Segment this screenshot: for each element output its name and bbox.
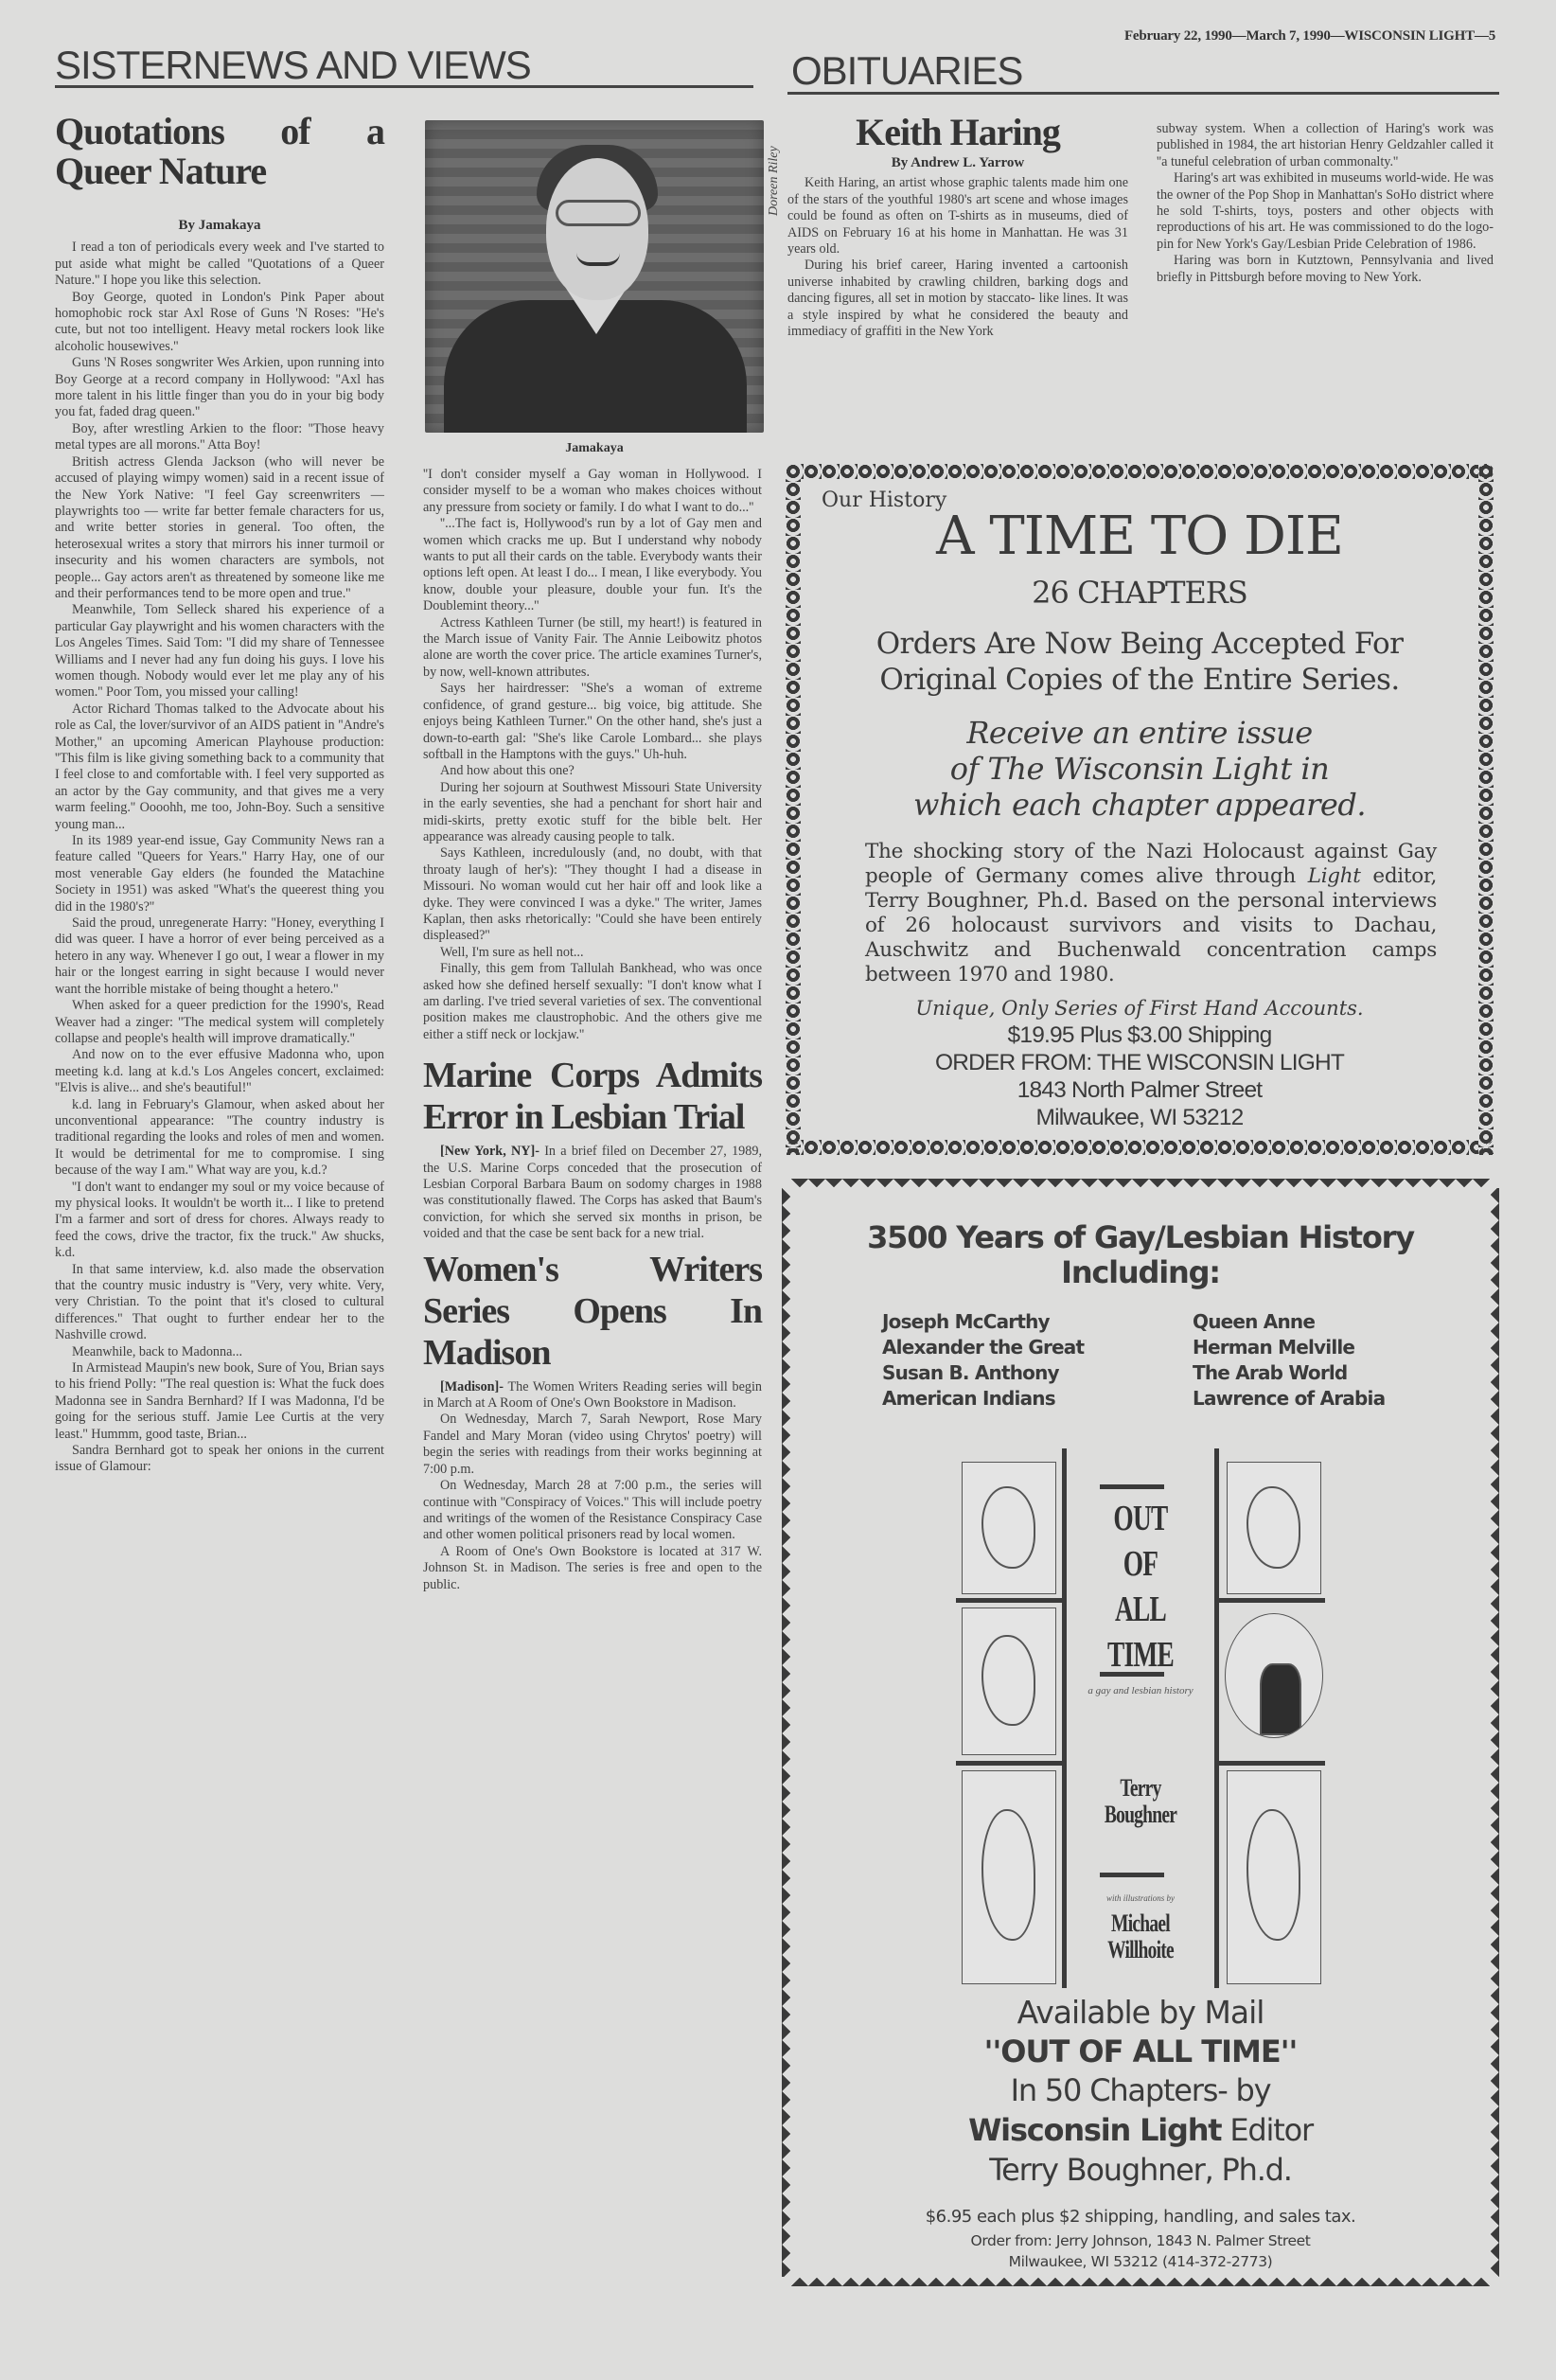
quotations-article-column-2: ''I don't consider myself a Gay woman in… [423, 467, 762, 1593]
chain-border-top [786, 464, 1494, 479]
quotations-headline: Quotations of a Queer Nature [55, 112, 384, 191]
chain-border-right [1478, 464, 1494, 1155]
ad-street: 1843 North Palmer Street [814, 1076, 1465, 1104]
ad-price: $19.95 Plus $3.00 Shipping [814, 1021, 1465, 1049]
ad-title: A TIME TO DIE [814, 510, 1465, 563]
section-rule-right [787, 92, 1499, 95]
ad-orders-line-1: Orders Are Now Being Accepted For [814, 626, 1465, 662]
section-header-obituaries: OBITUARIES [791, 51, 1022, 91]
illustration-woman-profile [962, 1462, 1056, 1594]
list-item: Alexander the Great [882, 1335, 1084, 1360]
haring-obituary-column-1: Keith Haring By Andrew L. Yarrow Keith H… [787, 112, 1128, 340]
paragraph: Haring was born in Kutztown, Pennsylvani… [1157, 253, 1494, 286]
writers-dateline: [Madison]- [440, 1379, 504, 1394]
paragraph: Boy, after wrestling Arkien to the floor… [55, 421, 384, 454]
photo-caption: Jamakaya [425, 441, 764, 456]
illustration-pilgrims [1225, 1613, 1323, 1738]
paragraph: ''...The fact is, Hollywood's run by a l… [423, 516, 762, 614]
ad-order-line-2: Milwaukee, WI 53212 (414-372-2773) [782, 2251, 1499, 2272]
out-of-all-time-advertisement: 3500 Years of Gay/Lesbian History Includ… [782, 1179, 1499, 2286]
newspaper-page: February 22, 1990—March 7, 1990—WISCONSI… [0, 0, 1556, 2380]
time-to-die-advertisement: Our History A TIME TO DIE 26 CHAPTERS Or… [786, 464, 1494, 1155]
ad-receive-line-1: Receive an entire issue [814, 715, 1465, 751]
book-cover-illustration: OUT OF ALL TIME a gay and lesbian histor… [956, 1448, 1325, 1988]
marine-corps-headline: Marine Corps Admits Error in Lesbian Tri… [423, 1055, 762, 1138]
photo-credit: Doreen Riley [767, 121, 782, 216]
paragraph: Keith Haring, an artist whose graphic ta… [787, 175, 1128, 258]
paragraph: Meanwhile, back to Madonna... [55, 1344, 384, 1360]
paragraph: Actor Richard Thomas talked to the Advoc… [55, 702, 384, 833]
ad-receive-line-3: which each chapter appeared. [814, 787, 1465, 823]
ad-available: Available by Mail [782, 1993, 1499, 2033]
paragraph: On Wednesday, March 7, Sarah Newport, Ro… [423, 1412, 762, 1478]
paragraph: A Room of One's Own Bookstore is located… [423, 1544, 762, 1593]
womens-writers-headline: Women's Writers Series Opens In Madison [423, 1249, 762, 1374]
quotations-article-column-1: Quotations of a Queer Nature By Jamakaya… [55, 112, 384, 1476]
list-item: Herman Melville [1193, 1335, 1385, 1360]
paragraph: Well, I'm sure as hell not... [423, 945, 762, 961]
haring-byline: By Andrew L. Yarrow [787, 155, 1128, 171]
cover-subtitle: a gay and lesbian history [1070, 1685, 1211, 1697]
paragraph: I read a ton of periodicals every week a… [55, 240, 384, 289]
chain-border-left [786, 464, 801, 1155]
paragraph: ''I don't want to endanger my soul or my… [55, 1180, 384, 1262]
haring-headline: Keith Haring [787, 112, 1128, 153]
paragraph: On Wednesday, March 28 at 7:00 p.m., the… [423, 1478, 762, 1544]
ad-receive-line-2: of The Wisconsin Light in [814, 751, 1465, 787]
paragraph: Haring's art was exhibited in museums wo… [1157, 170, 1494, 253]
paragraph: And how about this one? [423, 763, 762, 779]
paragraph: subway system. When a collection of Hari… [1157, 121, 1494, 170]
paragraph: When asked for a queer prediction for th… [55, 998, 384, 1047]
list-item: Queen Anne [1193, 1309, 1385, 1335]
cover-title: OUT OF ALL TIME [1089, 1496, 1192, 1678]
illustration-woman-wig [962, 1770, 1056, 1984]
paragraph: Meanwhile, Tom Selleck shared his experi… [55, 602, 384, 701]
illustration-egyptian-figures [1227, 1462, 1321, 1594]
page-folio: February 22, 1990—March 7, 1990—WISCONSI… [946, 28, 1495, 44]
ad-story: The shocking story of the Nazi Holocaust… [865, 840, 1437, 987]
list-item: Joseph McCarthy [882, 1309, 1084, 1335]
ad-orders-line-2: Original Copies of the Entire Series. [814, 662, 1465, 698]
marine-dateline: [New York, NY]- [440, 1144, 539, 1159]
paragraph: Boy George, quoted in London's Pink Pape… [55, 290, 384, 356]
ad-author: Terry Boughner, Ph.d. [782, 2150, 1499, 2190]
paragraph: Actress Kathleen Turner (be still, my he… [423, 615, 762, 682]
names-list-right: Queen Anne Herman Melville The Arab Worl… [1193, 1309, 1385, 1412]
paragraph: In Armistead Maupin's new book, Sure of … [55, 1360, 384, 1443]
section-header-sisternews: SISTERNEWS AND VIEWS [55, 45, 531, 85]
ad-price: $6.95 each plus $2 shipping, handling, a… [782, 2207, 1499, 2227]
section-rule-left [55, 85, 753, 88]
cover-illustrator: Michael Willhoite [1087, 1910, 1194, 1963]
ad-editor: Wisconsin Light Editor [782, 2110, 1499, 2150]
ad-book-title: ''OUT OF ALL TIME'' [782, 2033, 1499, 2070]
paragraph: Says her hairdresser: ''She's a woman of… [423, 681, 762, 763]
names-list-left: Joseph McCarthy Alexander the Great Susa… [882, 1309, 1084, 1412]
paragraph: British actress Glenda Jackson (who will… [55, 454, 384, 603]
cover-with-illustrations: with illustrations by [1070, 1893, 1211, 1903]
paragraph: k.d. lang in February's Glamour, when as… [55, 1097, 384, 1180]
paragraph: During her sojourn at Southwest Missouri… [423, 780, 762, 846]
list-item: Susan B. Anthony [882, 1360, 1084, 1386]
paragraph: Sandra Bernhard got to speak her onions … [55, 1443, 384, 1476]
ad-title-line-1: 3500 Years of Gay/Lesbian History [782, 1220, 1499, 1255]
ad-title-line-2: Including: [782, 1255, 1499, 1290]
paragraph: Said the proud, unregenerate Harry: ''Ho… [55, 915, 384, 998]
zigzag-border-top [791, 1179, 1490, 1196]
quotations-byline: By Jamakaya [55, 218, 384, 234]
paragraph: In its 1989 year-end issue, Gay Communit… [55, 833, 384, 915]
paragraph: Says Kathleen, incredulously (and, no do… [423, 845, 762, 944]
paragraph: Finally, this gem from Tallulah Bankhead… [423, 961, 762, 1043]
ad-chapters: 26 CHAPTERS [814, 575, 1465, 611]
illustration-bearded-man [1227, 1770, 1321, 1984]
ad-city: Milwaukee, WI 53212 [814, 1104, 1465, 1131]
ad-chapters: In 50 Chapters- by [782, 2070, 1499, 2110]
cover-author: Terry Boughner [1087, 1775, 1194, 1828]
list-item: Lawrence of Arabia [1193, 1386, 1385, 1412]
chain-border-bottom [786, 1140, 1494, 1155]
ad-mail-order-block: Available by Mail ''OUT OF ALL TIME'' In… [782, 1993, 1499, 2272]
paragraph: Guns 'N Roses songwriter Wes Arkien, upo… [55, 355, 384, 421]
list-item: The Arab World [1193, 1360, 1385, 1386]
haring-obituary-column-2: subway system. When a collection of Hari… [1157, 121, 1494, 286]
illustration-woman-hat [962, 1607, 1056, 1755]
ad-order-line-1: Order from: Jerry Johnson, 1843 N. Palme… [782, 2230, 1499, 2251]
ad-order-from: ORDER FROM: THE WISCONSIN LIGHT [814, 1049, 1465, 1076]
paragraph: During his brief career, Haring invented… [787, 258, 1128, 340]
list-item: American Indians [882, 1386, 1084, 1412]
paragraph: In that same interview, k.d. also made t… [55, 1262, 384, 1344]
paragraph: And now on to the ever effusive Madonna … [55, 1047, 384, 1096]
jamakaya-photo [425, 120, 764, 433]
paragraph: ''I don't consider myself a Gay woman in… [423, 467, 762, 516]
ad-unique: Unique, Only Series of First Hand Accoun… [814, 997, 1465, 1020]
